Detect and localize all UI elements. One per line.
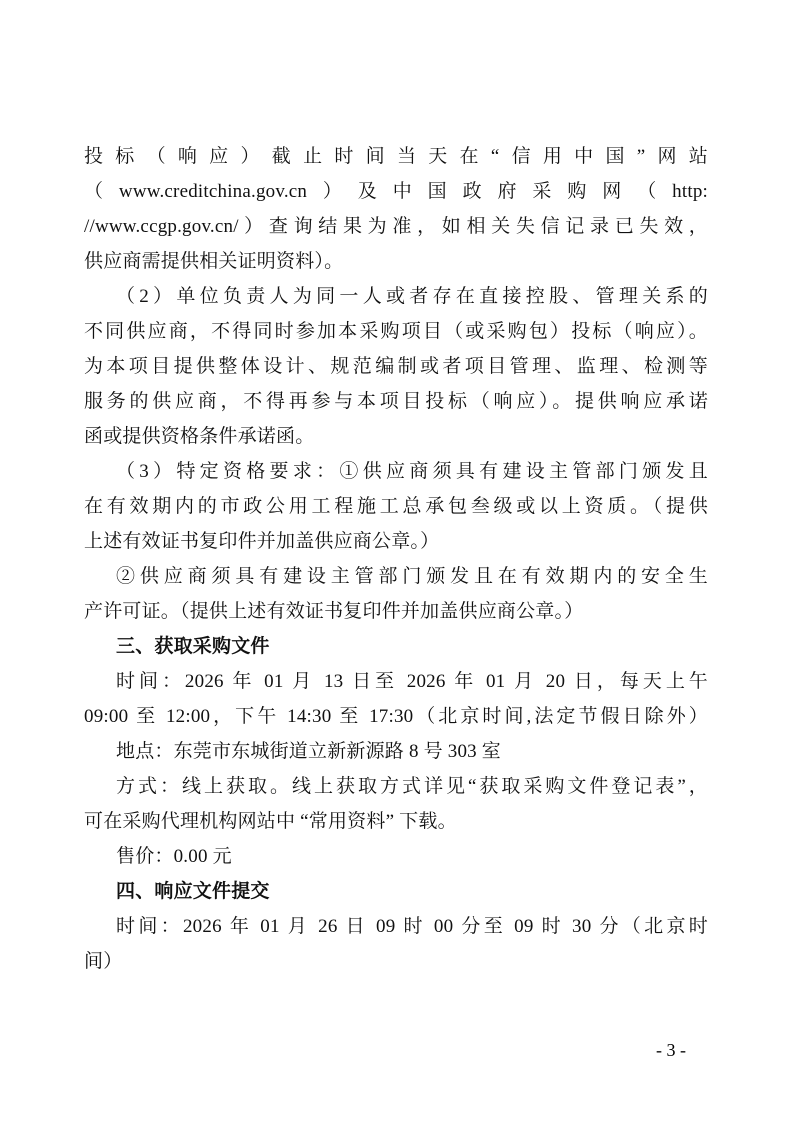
page-number: - 3 - <box>656 1038 686 1062</box>
paragraph-line: 上述有效证书复印件并加盖供应商公章。） <box>84 524 708 559</box>
paragraph-line: 时间：2026 年 01 月 13 日至 2026 年 01 月 20 日，每天… <box>84 664 708 699</box>
paragraph-line: 间） <box>84 944 708 979</box>
paragraph-line: 供应商需提供相关证明资料）。 <box>84 244 708 279</box>
paragraph-line: 可在采购代理机构网站中 “常用资料” 下载。 <box>84 804 708 839</box>
paragraph-line: 函或提供资格条件承诺函。 <box>84 419 708 454</box>
paragraph-line: ②供应商须具有建设主管部门颁发且在有效期内的安全生 <box>84 559 708 594</box>
paragraph-line: 地点：东莞市东城街道立新新源路 8 号 303 室 <box>84 734 708 769</box>
paragraph-line: （3）特定资格要求：①供应商须具有建设主管部门颁发且 <box>84 454 708 489</box>
paragraph-line: （www.creditchina.gov.cn）及中国政府采购网（http: <box>84 174 708 209</box>
paragraph-line: 为本项目提供整体设计、规范编制或者项目管理、监理、检测等 <box>84 349 708 384</box>
section-heading: 三、获取采购文件 <box>84 629 708 664</box>
paragraph-line: 不同供应商，不得同时参加本采购项目（或采购包）投标（响应）。 <box>84 314 708 349</box>
paragraph-line: 方式：线上获取。线上获取方式详见“获取采购文件登记表”， <box>84 769 708 804</box>
document-body: 投标（响应）截止时间当天在“信用中国”网站（www.creditchina.go… <box>84 139 708 979</box>
document-page: 投标（响应）截止时间当天在“信用中国”网站（www.creditchina.go… <box>0 0 793 1122</box>
section-heading: 四、响应文件提交 <box>84 874 708 909</box>
paragraph-line: 售价：0.00 元 <box>84 839 708 874</box>
paragraph-line: //www.ccgp.gov.cn/）查询结果为准，如相关失信记录已失效， <box>84 209 708 244</box>
paragraph-line: 在有效期内的市政公用工程施工总承包叁级或以上资质。（提供 <box>84 489 708 524</box>
paragraph-line: （2）单位负责人为同一人或者存在直接控股、管理关系的 <box>84 279 708 314</box>
paragraph-line: 时间：2026 年 01 月 26 日 09 时 00 分至 09 时 30 分… <box>84 909 708 944</box>
paragraph-line: 投标（响应）截止时间当天在“信用中国”网站 <box>84 139 708 174</box>
paragraph-line: 09:00 至 12:00，下午 14:30 至 17:30（北京时间,法定节假… <box>84 699 708 734</box>
paragraph-line: 服务的供应商，不得再参与本项目投标（响应）。提供响应承诺 <box>84 384 708 419</box>
paragraph-line: 产许可证。（提供上述有效证书复印件并加盖供应商公章。） <box>84 594 708 629</box>
